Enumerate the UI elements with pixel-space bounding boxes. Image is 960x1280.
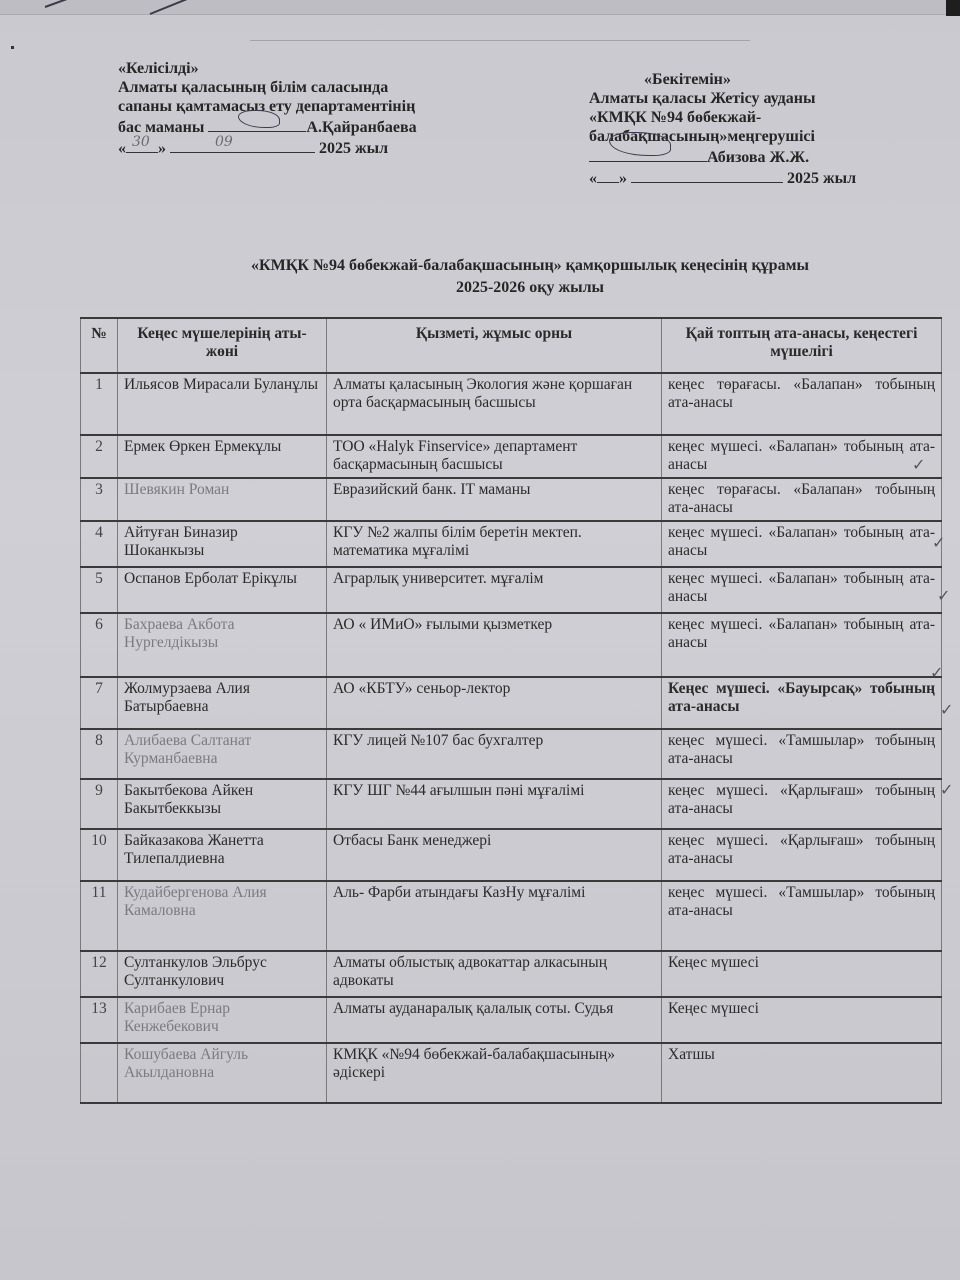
member-name: Айтуған Биназир Шоканкызы bbox=[118, 521, 327, 567]
member-role: кеңес мүшесі. «Балапан» тобының ата-анас… bbox=[662, 613, 942, 677]
table-row: 8Алибаева Салтанат КурманбаевнаКГУ лицей… bbox=[81, 729, 942, 779]
signature-scribble bbox=[238, 110, 280, 128]
page-crease bbox=[250, 40, 750, 41]
photo-top-edge bbox=[0, 0, 960, 15]
agreed-date-year: 2025 жыл bbox=[319, 140, 388, 157]
member-role: кеңес мүшесі. «Балапан» тобының ата-анас… bbox=[662, 435, 942, 478]
agreed-signature-field bbox=[208, 116, 306, 132]
member-position: АО « ИМиО» ғылыми қызметкер bbox=[327, 613, 662, 677]
document-title-line-1: «КМҚК №94 бөбекжай-балабақшасының» қамқо… bbox=[0, 256, 960, 276]
table-row: 3Шевякин РоманЕвразийский банк. IT маман… bbox=[81, 478, 942, 521]
member-number: 1 bbox=[81, 373, 118, 435]
member-name: Кудайбергенова Алия Камаловна bbox=[118, 881, 327, 951]
table-row: 12Султанкулов Эльбрус СултанкуловичАлмат… bbox=[81, 951, 942, 997]
member-role: кеңес мүшесі. «Тамшылар» тобының ата-ана… bbox=[662, 729, 942, 779]
member-name: Оспанов Ерболат Ерікұлы bbox=[118, 567, 327, 613]
member-position: Алматы облыстық адвокаттар алкасының адв… bbox=[327, 951, 662, 997]
approved-signature-field bbox=[589, 146, 707, 162]
member-position: Алматы ауданаралық қалалық соты. Судья bbox=[327, 997, 662, 1043]
member-number: 4 bbox=[81, 521, 118, 567]
table-row: 4Айтуған Биназир ШоканкызыКГУ №2 жалпы б… bbox=[81, 521, 942, 567]
member-role: Кеңес мүшесі bbox=[662, 997, 942, 1043]
agreed-date-month-field: 09 bbox=[170, 137, 315, 153]
member-number: 8 bbox=[81, 729, 118, 779]
member-name: Ильясов Мирасали Буланұлы bbox=[118, 373, 327, 435]
table-row: 2Ермек Өркен ЕрмекұлыТОО «Halyk Finservi… bbox=[81, 435, 942, 478]
member-role: кеңес мүшесі. «Тамшылар» тобының ата-ана… bbox=[662, 881, 942, 951]
approved-date-day-field bbox=[597, 167, 619, 183]
member-role: кеңес төрағасы. «Балапан» тобының ата-ан… bbox=[662, 373, 942, 435]
member-number bbox=[81, 1043, 118, 1103]
member-name: Карибаев Ернар Кенжебекович bbox=[118, 997, 327, 1043]
member-role: Кеңес мүшесі. «Бауырсақ» тобының ата-ана… bbox=[662, 677, 942, 729]
member-position: Евразийский банк. IT маманы bbox=[327, 478, 662, 521]
member-role: кеңес мүшесі. «Балапан» тобының ата-анас… bbox=[662, 521, 942, 567]
table-row: 1Ильясов Мирасали БуланұлыАлматы қаласын… bbox=[81, 373, 942, 435]
member-number: 12 bbox=[81, 951, 118, 997]
approved-line-1: Алматы қаласы Жетісу ауданы bbox=[589, 89, 889, 108]
handwritten-check-icon: ✓ bbox=[940, 780, 953, 799]
member-role: кеңес мүшесі. «Қарлығаш» тобының ата-ана… bbox=[662, 829, 942, 881]
handwritten-check-icon: ✓ bbox=[932, 533, 945, 552]
council-members-table: № Кеңес мүшелерінің аты-жөні Қызметі, жұ… bbox=[80, 317, 942, 1104]
member-name: Кошубаева Айгуль Акылдановна bbox=[118, 1043, 327, 1103]
agreed-heading: «Келісілді» bbox=[118, 59, 538, 78]
table-row: 13Карибаев Ернар КенжебековичАлматы ауда… bbox=[81, 997, 942, 1043]
member-position: КГУ №2 жалпы білім беретін мектеп. матем… bbox=[327, 521, 662, 567]
table-row: 10Байказакова Жанетта ТилепалдиевнаОтбас… bbox=[81, 829, 942, 881]
signature-scribble bbox=[609, 132, 671, 156]
agreed-position: бас маманы bbox=[118, 119, 204, 136]
member-name: Байказакова Жанетта Тилепалдиевна bbox=[118, 829, 327, 881]
member-name: Султанкулов Эльбрус Султанкулович bbox=[118, 951, 327, 997]
column-header-position: Қызметі, жұмыс орны bbox=[327, 318, 662, 373]
member-position: Отбасы Банк менеджері bbox=[327, 829, 662, 881]
member-position: КГУ лицей №107 бас бухгалтер bbox=[327, 729, 662, 779]
agreed-signatory: А.Қайранбаева bbox=[306, 119, 416, 136]
member-number: 6 bbox=[81, 613, 118, 677]
member-position: ТОО «Halyk Finservice» департамент басқа… bbox=[327, 435, 662, 478]
approved-signature-line: Абизова Ж.Ж. bbox=[589, 146, 889, 167]
member-number: 11 bbox=[81, 881, 118, 951]
table-row: Кошубаева Айгуль АкылдановнаКМҚК «№94 бө… bbox=[81, 1043, 942, 1103]
photo-corner-shadow bbox=[946, 0, 960, 16]
handwritten-check-icon: ✓ bbox=[940, 700, 953, 719]
member-role: кеңес төрағасы. «Балапан» тобының ата-ан… bbox=[662, 478, 942, 521]
agreed-line-1: Алматы қаласының білім саласында bbox=[118, 78, 538, 97]
member-position: КГУ ШГ №44 ағылшын пәні мұғалімі bbox=[327, 779, 662, 829]
approved-block: «Бекітемін» Алматы қаласы Жетісу ауданы … bbox=[589, 70, 889, 188]
column-header-number: № bbox=[81, 318, 118, 373]
member-number: 7 bbox=[81, 677, 118, 729]
member-role: кеңес мүшесі. «Балапан» тобының ата-анас… bbox=[662, 567, 942, 613]
table-row: 5Оспанов Ерболат ЕрікұлыАграрлық универс… bbox=[81, 567, 942, 613]
member-position: Аль- Фарби атындағы КазНу мұғалімі bbox=[327, 881, 662, 951]
agreed-block: «Келісілді» Алматы қаласының білім салас… bbox=[118, 59, 538, 158]
member-position: АО «КБТУ» сеньор-лектор bbox=[327, 677, 662, 729]
member-name: Бахраева Акбота Нургелдікызы bbox=[118, 613, 327, 677]
member-number: 13 bbox=[81, 997, 118, 1043]
member-name: Бакытбекова Айкен Бакытбеккызы bbox=[118, 779, 327, 829]
member-position: КМҚК «№94 бөбекжай-балабақшасының» әдіск… bbox=[327, 1043, 662, 1103]
document-title-line-2: 2025-2026 оқу жылы bbox=[0, 278, 960, 298]
handwritten-check-icon: ✓ bbox=[930, 663, 943, 682]
document-title: «КМҚК №94 бөбекжай-балабақшасының» қамқо… bbox=[0, 256, 960, 298]
member-name: Шевякин Роман bbox=[118, 478, 327, 521]
member-number: 9 bbox=[81, 779, 118, 829]
approved-date-month-field bbox=[631, 167, 783, 183]
agreed-date-line: «30» 09 2025 жыл bbox=[118, 137, 538, 158]
member-number: 3 bbox=[81, 478, 118, 521]
member-name: Жолмурзаева Алия Батырбаевна bbox=[118, 677, 327, 729]
member-role: кеңес мүшесі. «Қарлығаш» тобының ата-ана… bbox=[662, 779, 942, 829]
approved-line-2: «КМҚК №94 бөбекжай- bbox=[589, 108, 889, 127]
member-name: Ермек Өркен Ермекұлы bbox=[118, 435, 327, 478]
table-row: 11Кудайбергенова Алия КамаловнаАль- Фарб… bbox=[81, 881, 942, 951]
member-number: 2 bbox=[81, 435, 118, 478]
member-role: Хатшы bbox=[662, 1043, 942, 1103]
column-header-role: Қай топтың ата-анасы, кеңестегі мүшелігі bbox=[662, 318, 942, 373]
agreed-line-2: сапаны қамтамасыз ету департаментінің bbox=[118, 97, 538, 116]
agreed-date-day-field: 30 bbox=[126, 137, 158, 153]
agreed-signature-line: бас маманы А.Қайранбаева bbox=[118, 116, 538, 137]
member-position: Аграрлық университет. мұғалім bbox=[327, 567, 662, 613]
handwritten-check-icon: ✓ bbox=[912, 455, 925, 474]
member-number: 10 bbox=[81, 829, 118, 881]
member-name: Алибаева Салтанат Курманбаевна bbox=[118, 729, 327, 779]
approved-date-line: «» 2025 жыл bbox=[589, 167, 889, 188]
table-row: 7Жолмурзаева Алия БатырбаевнаАО «КБТУ» с… bbox=[81, 677, 942, 729]
table-header-row: № Кеңес мүшелерінің аты-жөні Қызметі, жұ… bbox=[81, 318, 942, 373]
approved-signatory: Абизова Ж.Ж. bbox=[707, 149, 809, 166]
approved-date-year: 2025 жыл bbox=[787, 170, 856, 187]
member-role: Кеңес мүшесі bbox=[662, 951, 942, 997]
handwritten-check-icon: ✓ bbox=[937, 586, 950, 605]
page-speck bbox=[11, 46, 14, 49]
table-row: 9Бакытбекова Айкен БакытбеккызыКГУ ШГ №4… bbox=[81, 779, 942, 829]
member-position: Алматы қаласының Экология және қоршаған … bbox=[327, 373, 662, 435]
table-row: 6Бахраева Акбота НургелдікызыАО « ИМиО» … bbox=[81, 613, 942, 677]
approved-heading: «Бекітемін» bbox=[589, 70, 889, 89]
column-header-name: Кеңес мүшелерінің аты-жөні bbox=[118, 318, 327, 373]
member-number: 5 bbox=[81, 567, 118, 613]
